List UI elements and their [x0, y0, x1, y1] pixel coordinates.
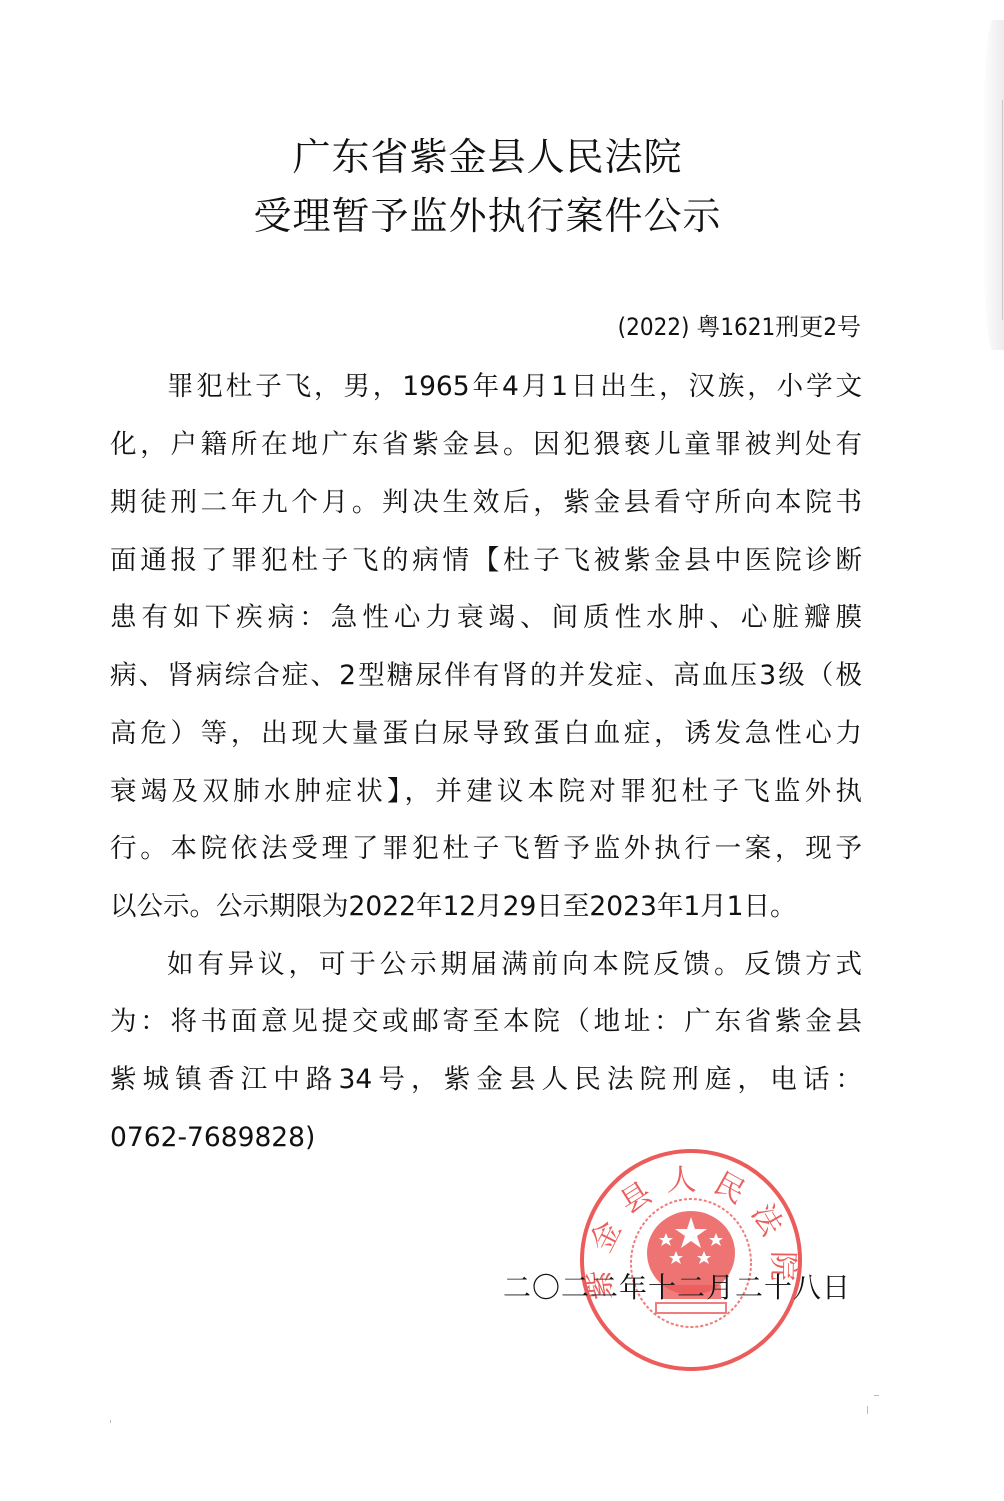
body-line-11: 如有异议，可于公示期届满前向本院反馈。反馈方式	[167, 949, 862, 981]
scan-speck	[874, 1395, 879, 1396]
body-line-3: 期徒刑二年九个月。判决生效后，紫金县看守所向本院书	[110, 487, 862, 519]
scan-speck	[110, 1420, 111, 1423]
title-notice-subject: 受理暂予监外执行案件公示	[0, 196, 975, 236]
issue-date: 二〇二二年十二月二十八日	[503, 1272, 851, 1304]
body-line-6: 病、肾病综合症、2型糖尿伴有肾的并发症、高血压3级（极	[110, 660, 862, 692]
title-court-name: 广东省紫金县人民法院	[0, 137, 975, 177]
body-line-4: 面通报了罪犯杜子飞的病情【杜子飞被紫金县中医院诊断	[110, 545, 862, 577]
case-number: (2022) 粤1621刑更2号	[618, 312, 861, 342]
body-line-7: 高危）等，出现大量蛋白尿导致蛋白血症，诱发急性心力	[110, 718, 862, 750]
body-line-5: 患有如下疾病：急性心力衰竭、间质性水肿、心脏瓣膜	[110, 602, 862, 634]
body-line-12: 为：将书面意见提交或邮寄至本院（地址：广东省紫金县	[110, 1006, 862, 1038]
body-line-13: 紫城镇香江中路34号，紫金县人民法院刑庭，电话：	[110, 1064, 862, 1096]
document-page: 广东省紫金县人民法院 受理暂予监外执行案件公示 (2022) 粤1621刑更2号…	[0, 0, 1004, 1501]
page-edge-line	[1002, 100, 1003, 320]
body-line-10: 以公示。公示期限为2022年12月29日至2023年1月1日。	[110, 891, 862, 923]
body-line-1: 罪犯杜子飞，男，1965年4月1日出生，汉族，小学文	[167, 371, 862, 403]
body-line-9: 行。本院依法受理了罪犯杜子飞暂予监外执行一案，现予	[110, 833, 862, 865]
page-edge-shadow	[982, 20, 1004, 350]
body-line-8: 衰竭及双肺水肿症状】，并建议本院对罪犯杜子飞监外执	[110, 776, 862, 808]
court-seal-icon: 紫金县人民法院	[576, 1145, 806, 1375]
scan-speck	[867, 1406, 868, 1414]
body-line-2: 化，户籍所在地广东省紫金县。因犯猥亵儿童罪被判处有	[110, 429, 862, 461]
